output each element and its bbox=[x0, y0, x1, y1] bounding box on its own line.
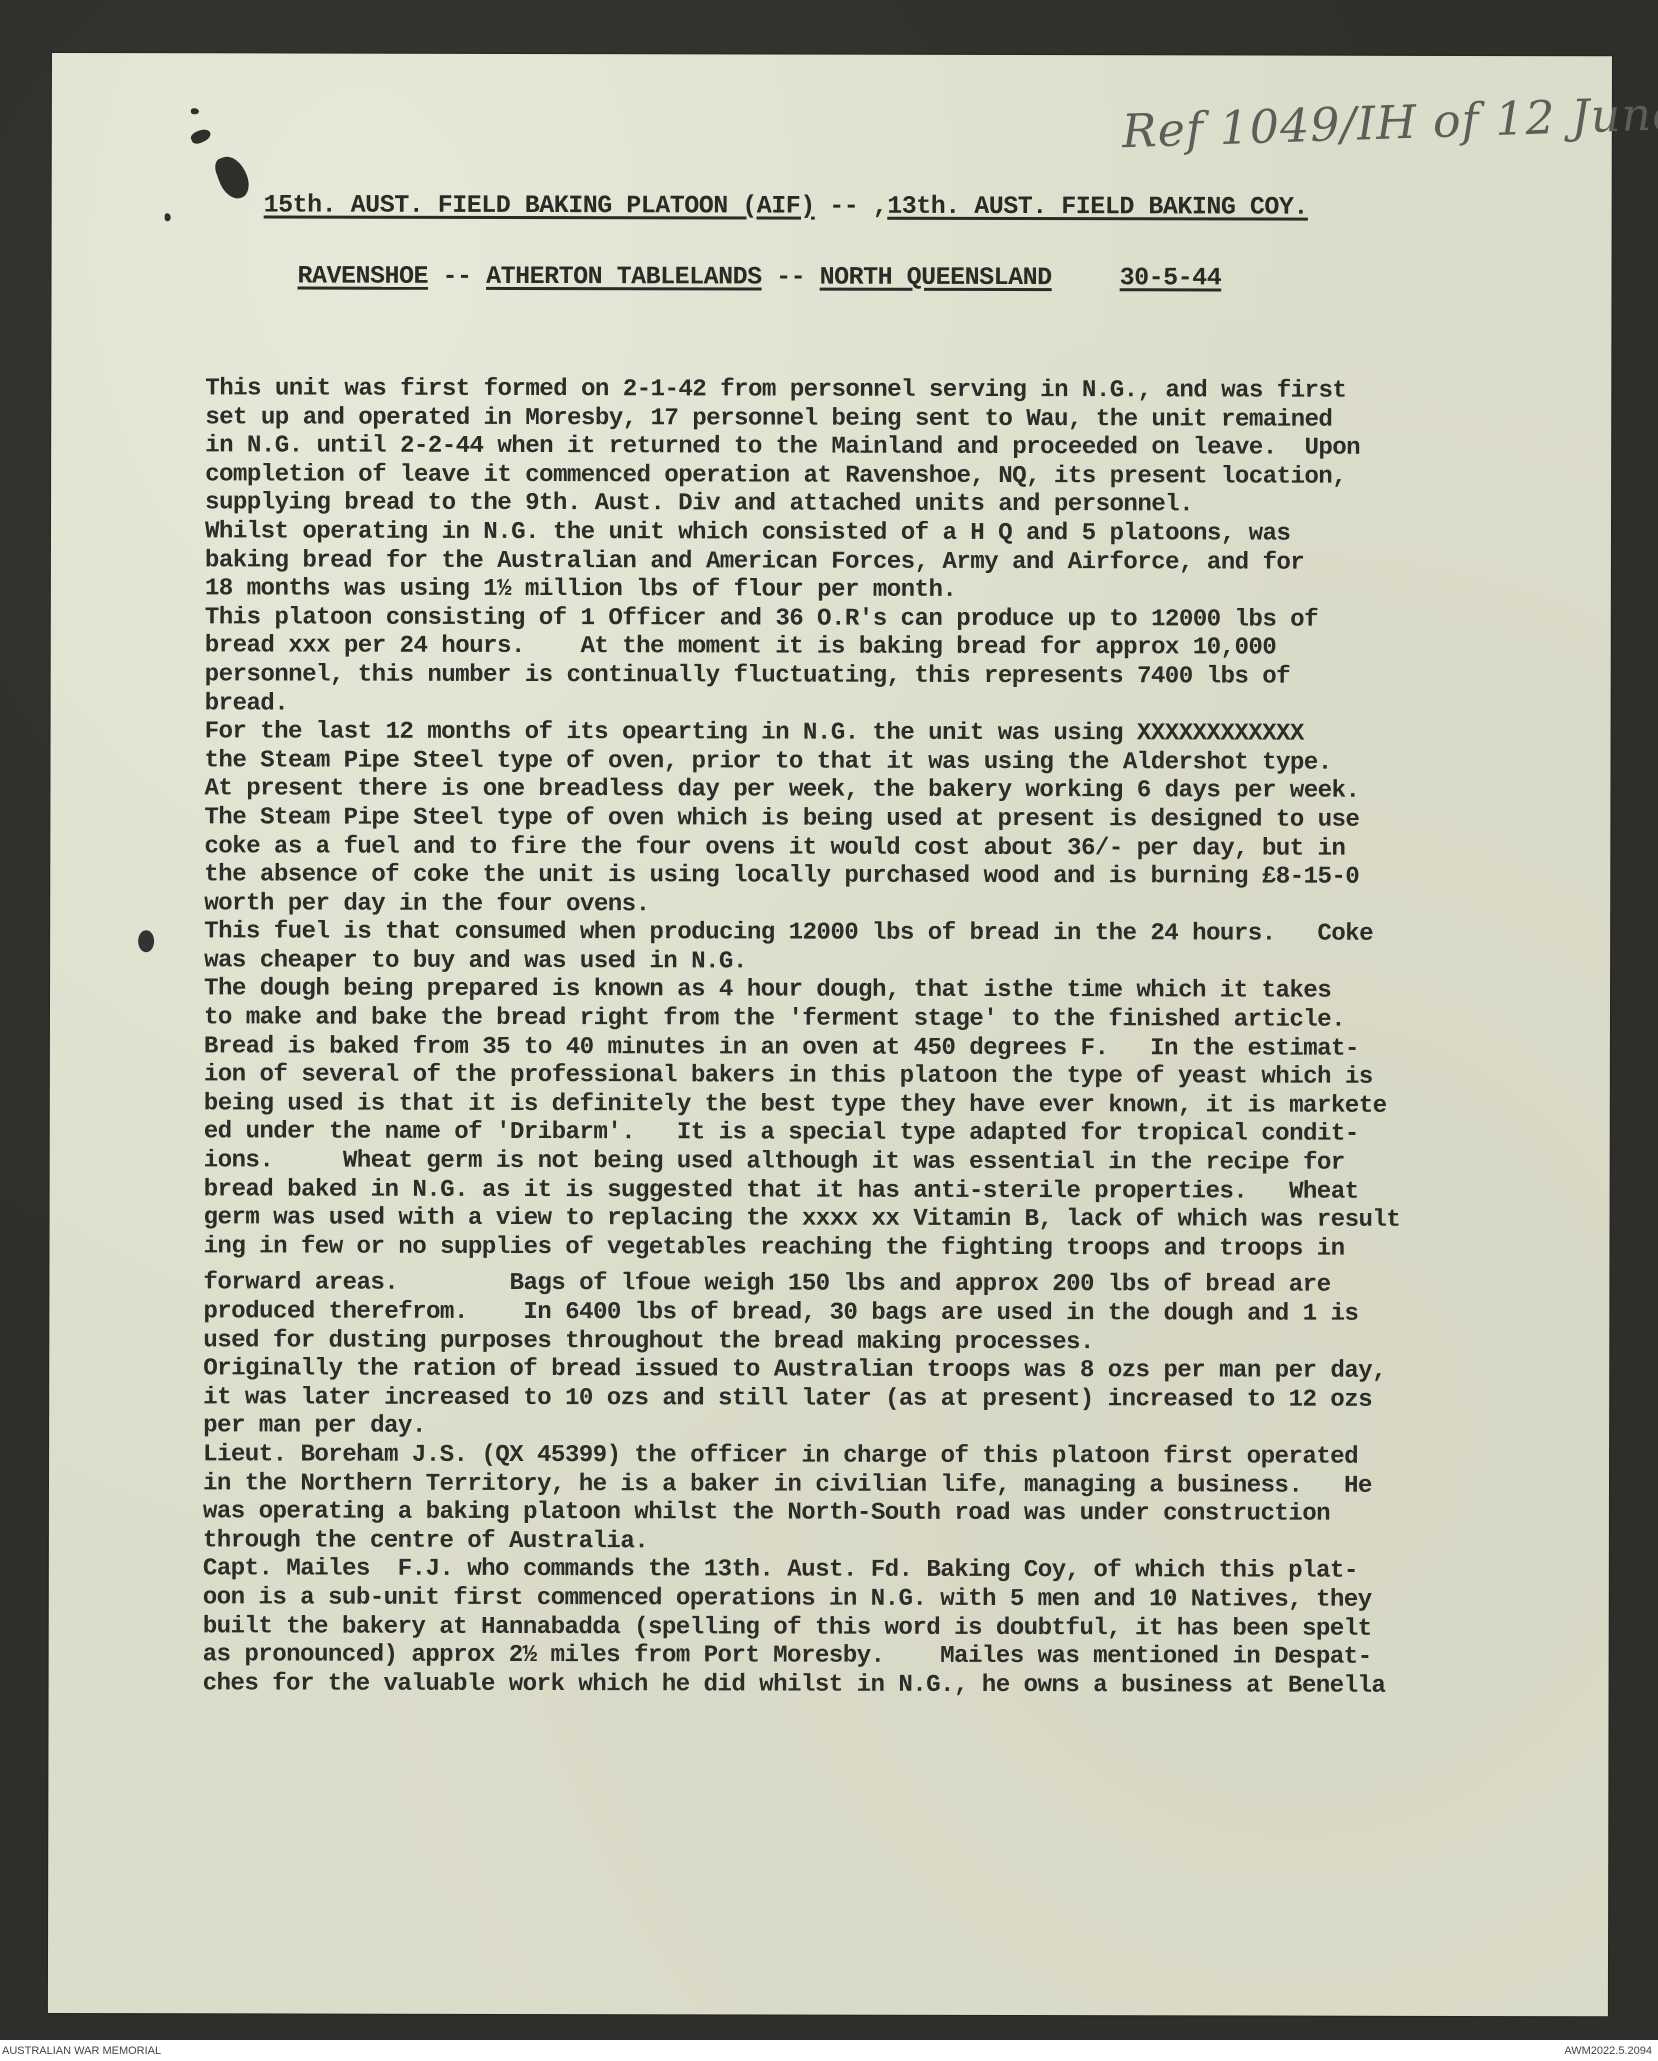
body-line: built the bakery at Hannabadda (spelling… bbox=[203, 1613, 1643, 1645]
body-line: Whilst operating in N.G. the unit which … bbox=[205, 518, 1645, 550]
punch-hole bbox=[191, 108, 199, 114]
body-line: was operating a baking platoon whilst th… bbox=[203, 1498, 1643, 1530]
ink-blot bbox=[138, 930, 154, 952]
body-line: forward areas. Bags of lfoue weigh 150 l… bbox=[203, 1270, 1643, 1302]
body-line: ions. Wheat germ is not being used altho… bbox=[204, 1147, 1644, 1179]
body-line: the absence of coke the unit is using lo… bbox=[204, 861, 1644, 893]
body-line: This fuel is that consumed when producin… bbox=[204, 919, 1644, 951]
body-line: was cheaper to buy and was used in N.G. bbox=[204, 947, 1644, 979]
body-line: For the last 12 months of its opearting … bbox=[205, 718, 1645, 750]
heading-unit-line: 15th. AUST. FIELD BAKING PLATOON (AIF) -… bbox=[264, 190, 1308, 221]
body-line: ing in few or no supplies of vegetables … bbox=[203, 1233, 1643, 1265]
body-line: The Steam Pipe Steel type of oven which … bbox=[204, 804, 1644, 836]
body-line: completion of leave it commenced operati… bbox=[205, 461, 1645, 493]
body-line: to make and bake the bread right from th… bbox=[204, 1004, 1644, 1036]
archive-footer: AUSTRALIAN WAR MEMORIAL AWM2022.5.2094 bbox=[0, 2040, 1658, 2061]
body-line: worth per day in the four ovens. bbox=[204, 890, 1644, 922]
body-line: Capt. Mailes F.J. who commands the 13th.… bbox=[203, 1556, 1643, 1588]
torn-hole bbox=[189, 127, 212, 146]
heading-place: RAVENSHOE bbox=[298, 262, 429, 291]
body-line: supplying bread to the 9th. Aust. Div an… bbox=[205, 490, 1645, 522]
heading-separator-2: -- bbox=[762, 262, 820, 291]
heading-region: ATHERTON TABLELANDS bbox=[486, 262, 762, 292]
body-line: At present there is one breadless day pe… bbox=[204, 776, 1644, 808]
body-line: through the centre of Australia. bbox=[203, 1527, 1643, 1559]
body-line: Originally the ration of bread issued to… bbox=[203, 1356, 1643, 1388]
body-line: bread xxx per 24 hours. At the moment it… bbox=[205, 633, 1645, 665]
body-line: Lieut. Boreham J.S. (QX 45399) the offic… bbox=[203, 1441, 1643, 1473]
body-line: coke as a fuel and to fire the four oven… bbox=[204, 833, 1644, 865]
body-line: bread baked in N.G. as it is suggested t… bbox=[204, 1176, 1644, 1208]
handwritten-reference: Ref 1049/IH of 12 June 44 bbox=[1121, 84, 1658, 159]
body-line: oon is a sub-unit first commenced operat… bbox=[203, 1584, 1643, 1616]
heading-parent-unit: 13th. AUST. FIELD BAKING COY. bbox=[887, 192, 1308, 222]
body-line: baking bread for the Australian and Amer… bbox=[205, 547, 1645, 579]
body-line: The dough being prepared is known as 4 h… bbox=[204, 976, 1644, 1008]
body-line: This platoon consisting of 1 Officer and… bbox=[205, 604, 1645, 636]
body-line: in N.G. until 2-2-44 when it returned to… bbox=[205, 433, 1645, 465]
body-line: set up and operated in Moresby, 17 perso… bbox=[205, 404, 1645, 436]
body-line: ed under the name of 'Dribarm'. It is a … bbox=[204, 1119, 1644, 1151]
institution-label: AUSTRALIAN WAR MEMORIAL bbox=[2, 2045, 161, 2057]
body-line: 18 months was using 1½ million lbs of fl… bbox=[205, 575, 1645, 607]
body-line: ion of several of the professional baker… bbox=[204, 1062, 1644, 1094]
document-body: This unit was first formed on 2-1-42 fro… bbox=[203, 375, 1646, 1701]
body-line: germ was used with a view to replacing t… bbox=[204, 1205, 1644, 1237]
body-line: personnel, this number is continually fl… bbox=[205, 661, 1645, 693]
body-line: being used is that it is definitely the … bbox=[204, 1090, 1644, 1122]
punch-hole bbox=[165, 213, 171, 221]
torn-hole bbox=[212, 152, 253, 203]
body-line: This unit was first formed on 2-1-42 fro… bbox=[205, 375, 1645, 407]
body-line: the Steam Pipe Steel type of oven, prior… bbox=[204, 747, 1644, 779]
document-page: Ref 1049/IH of 12 June 44 15th. AUST. FI… bbox=[48, 53, 1612, 2016]
body-line: used for dusting purposes throughout the… bbox=[203, 1327, 1643, 1359]
body-line: as pronounced) approx 2½ miles from Port… bbox=[203, 1641, 1643, 1673]
heading-unit: 15th. AUST. FIELD BAKING PLATOON (AIF) bbox=[264, 190, 815, 220]
body-line: Bread is baked from 35 to 40 minutes in … bbox=[204, 1033, 1644, 1065]
heading-location-line: RAVENSHOE -- ATHERTON TABLELANDS -- NORT… bbox=[298, 262, 1222, 293]
heading-state: NORTH QUEENSLAND bbox=[820, 263, 1052, 292]
body-line: bread. bbox=[205, 690, 1645, 722]
body-line: produced therefrom. In 6400 lbs of bread… bbox=[203, 1298, 1643, 1330]
body-line: it was later increased to 10 ozs and sti… bbox=[203, 1384, 1643, 1416]
heading-separator-1: -- bbox=[428, 262, 486, 291]
accession-number: AWM2022.5.2094 bbox=[1564, 2045, 1652, 2057]
heading-separator: -- , bbox=[815, 192, 888, 221]
body-line: ches for the valuable work which he did … bbox=[203, 1670, 1643, 1702]
body-line: in the Northern Territory, he is a baker… bbox=[203, 1470, 1643, 1502]
heading-date: 30-5-44 bbox=[1120, 263, 1222, 292]
body-line: per man per day. bbox=[203, 1413, 1643, 1445]
